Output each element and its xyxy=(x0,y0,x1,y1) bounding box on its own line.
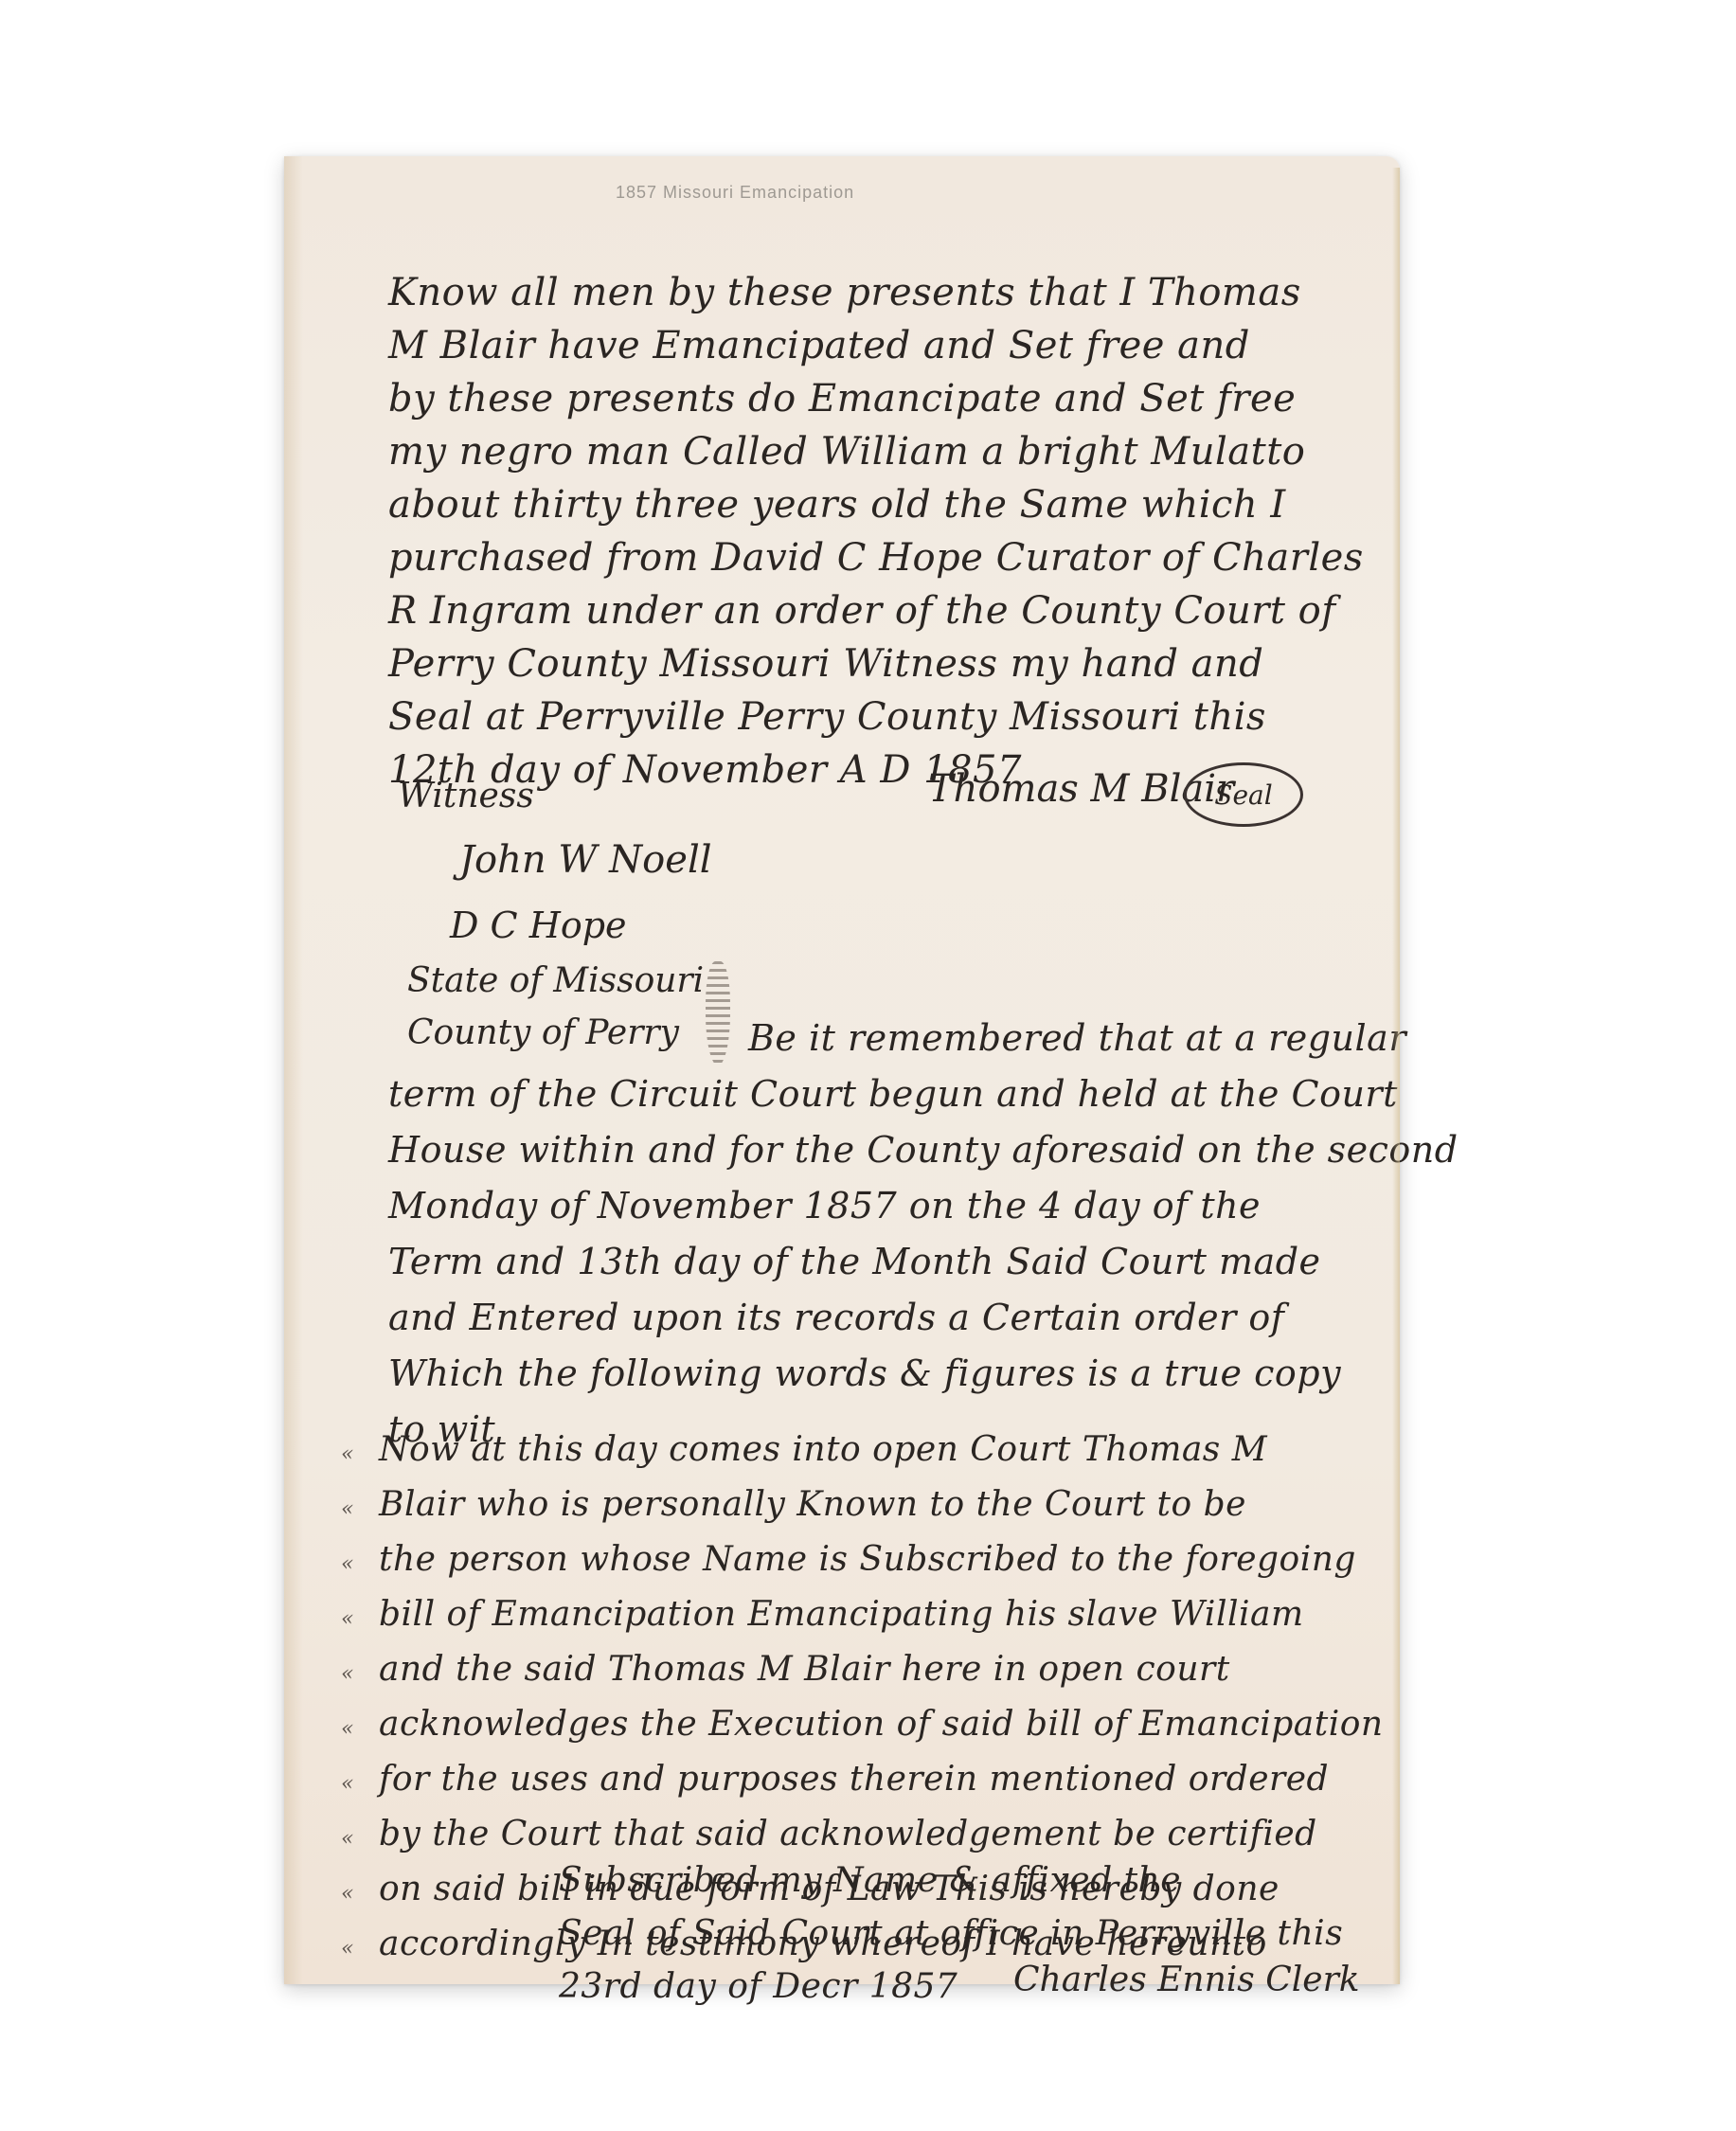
record-line: House within and for the County aforesai… xyxy=(388,1125,1459,1181)
record-line: and Entered upon its records a Certain o… xyxy=(388,1293,1459,1349)
record-line: term of the Circuit Court begun and held… xyxy=(388,1069,1459,1125)
witness-label: Witness xyxy=(398,777,534,815)
attest-line: Seal of Said Court at office in Perryvil… xyxy=(559,1909,1343,1962)
margin-quote-mark: « xyxy=(341,1925,379,1974)
margin-quote-mark: « xyxy=(341,1650,379,1699)
venue-state: State of Missouri xyxy=(407,961,704,1000)
manuscript-page: 1857 Missouri Emancipation Know all men … xyxy=(284,156,1400,1984)
margin-quote-mark: « xyxy=(341,1485,379,1534)
margin-quote-mark: « xyxy=(341,1595,379,1644)
deed-line: my negro man Called William a bright Mul… xyxy=(388,427,1364,480)
deed-line: M Blair have Emancipated and Set free an… xyxy=(388,321,1364,374)
order-line: «bill of Emancipation Emancipating his s… xyxy=(341,1590,1384,1645)
deed-line: by these presents do Emancipate and Set … xyxy=(388,374,1364,427)
record-line: Monday of November 1857 on the 4 day of … xyxy=(388,1181,1459,1237)
margin-quote-mark: « xyxy=(341,1760,379,1809)
deed-line: about thirty three years old the Same wh… xyxy=(388,480,1364,533)
order-line: «acknowledges the Execution of said bill… xyxy=(341,1700,1384,1755)
margin-quote-mark: « xyxy=(341,1430,379,1479)
attest-line: Subscribed my Name & affixed the xyxy=(559,1856,1343,1909)
deed-line: R Ingram under an order of the County Co… xyxy=(388,586,1364,639)
order-line: «and the said Thomas M Blair here in ope… xyxy=(341,1645,1384,1700)
record-line: Be it remembered that at a regular xyxy=(388,1013,1459,1069)
margin-quote-mark: « xyxy=(341,1870,379,1919)
margin-quote-mark: « xyxy=(341,1815,379,1864)
deed-line: purchased from David C Hope Curator of C… xyxy=(388,533,1364,586)
court-record-text: Be it remembered that at a regular term … xyxy=(388,1013,1459,1460)
margin-quote-mark: « xyxy=(341,1540,379,1589)
order-line: «Blair who is personally Known to the Co… xyxy=(341,1480,1384,1535)
order-line: «for the uses and purposes therein menti… xyxy=(341,1755,1384,1810)
margin-quote-mark: « xyxy=(341,1705,379,1754)
seal-mark-icon: Seal xyxy=(1184,762,1303,827)
deed-line: Perry County Missouri Witness my hand an… xyxy=(388,639,1364,692)
order-line: «Now at this day comes into open Court T… xyxy=(341,1425,1384,1480)
emancipation-deed-text: Know all men by these presents that I Th… xyxy=(388,268,1364,798)
clerk-signature: Charles Ennis Clerk xyxy=(1013,1961,1360,1999)
witness-signature: John W Noell xyxy=(459,838,712,882)
seal-label: Seal xyxy=(1214,779,1272,811)
record-line: Which the following words & figures is a… xyxy=(388,1349,1459,1405)
pencil-archival-note: 1857 Missouri Emancipation xyxy=(616,183,854,203)
deed-line: Seal at Perryville Perry County Missouri… xyxy=(388,692,1364,745)
witness-signature: D C Hope xyxy=(450,904,627,946)
deed-line: Know all men by these presents that I Th… xyxy=(388,268,1364,321)
order-line: «the person whose Name is Subscribed to … xyxy=(341,1535,1384,1590)
record-line: Term and 13th day of the Month Said Cour… xyxy=(388,1237,1459,1293)
